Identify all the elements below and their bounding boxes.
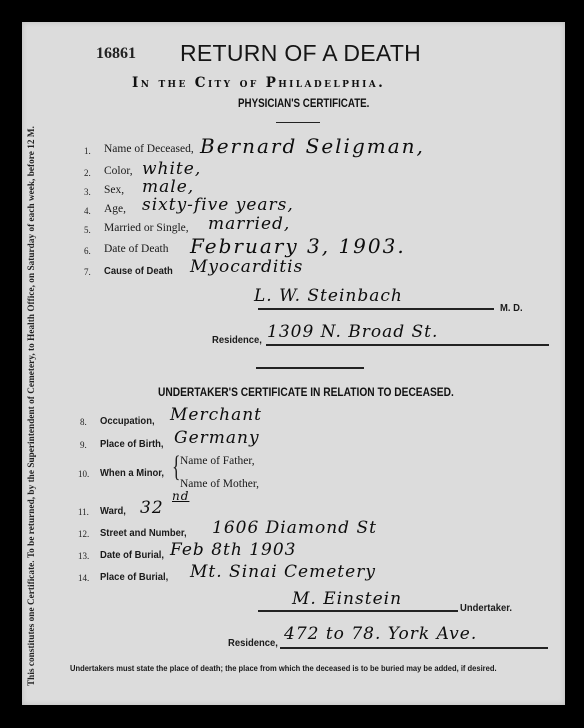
field-label: Sex, [104, 184, 124, 196]
physician-residence-value: 1309 N. Broad St. [267, 322, 438, 342]
physician-residence-label: Residence, [212, 334, 262, 346]
field-value-age: sixty-five years, [142, 195, 294, 215]
physician-residence-line [266, 344, 549, 346]
physician-signature: L. W. Steinbach [254, 286, 403, 306]
field-value-street-and-number: 1606 Diamond St [212, 518, 377, 538]
field-label: Occupation, [100, 415, 155, 427]
field-value-date-of-burial: Feb 8th 1903 [170, 540, 296, 560]
field-label: Cause of Death [104, 265, 173, 277]
field-value-marital-status: married, [208, 214, 290, 234]
field-value-ward: 32 [140, 498, 164, 518]
field-value-color: white, [142, 159, 201, 179]
document-subtitle: In the City of Philadelphia. [132, 75, 385, 91]
field-value-sex: male, [142, 177, 194, 197]
section-divider [256, 367, 364, 369]
field-label: Place of Birth, [100, 438, 164, 450]
undertaker-residence-line [280, 647, 548, 649]
field-value-place-of-burial: Mt. Sinai Cemetery [190, 562, 376, 582]
undertaker-signature-line [258, 610, 458, 612]
field-label: Street and Number, [100, 527, 187, 539]
field-label: Date of Death [104, 243, 169, 255]
field-label: When a Minor, [100, 467, 164, 479]
physician-signature-line [258, 308, 494, 310]
death-certificate-page: This constitutes one Certificate. To be … [22, 22, 565, 705]
field-label: Color, [104, 165, 133, 177]
field-label: Date of Burial, [100, 549, 164, 561]
name-of-mother-label: Name of Mother, [180, 478, 259, 490]
field-value-cause-of-death: Myocarditis [190, 257, 303, 277]
undertaker-certificate-heading: UNDERTAKER'S CERTIFICATE IN RELATION TO … [158, 385, 454, 399]
undertaker-residence-label: Residence, [228, 637, 278, 649]
undertaker-suffix: Undertaker. [460, 602, 512, 614]
footnote: Undertakers must state the place of deat… [70, 663, 497, 673]
field-label: Married or Single, [104, 222, 189, 234]
field-label: Ward, [100, 505, 126, 517]
physician-certificate-heading: PHYSICIAN'S CERTIFICATE. [238, 98, 369, 110]
field-label: Place of Burial, [100, 571, 168, 583]
heading-divider [276, 122, 320, 123]
physician-md-suffix: M. D. [500, 302, 523, 314]
document-title: RETURN OF A DEATH [180, 40, 421, 67]
side-instruction-note: This constitutes one Certificate. To be … [26, 126, 36, 686]
serial-number: 16861 [96, 45, 136, 63]
undertaker-residence-value: 472 to 78. York Ave. [284, 624, 477, 644]
field-value-name-of-deceased: Bernard Seligman, [200, 134, 425, 158]
undertaker-signature: M. Einstein [292, 589, 402, 609]
field-value-date-of-death: February 3, 1903. [190, 234, 406, 258]
field-value-ward-suffix: nd [172, 489, 189, 503]
field-label: Name of Deceased, [104, 143, 194, 155]
field-value-place-of-birth: Germany [174, 428, 260, 448]
name-of-father-label: Name of Father, [180, 455, 255, 467]
field-label: Age, [104, 203, 126, 215]
field-value-occupation: Merchant [170, 405, 262, 425]
